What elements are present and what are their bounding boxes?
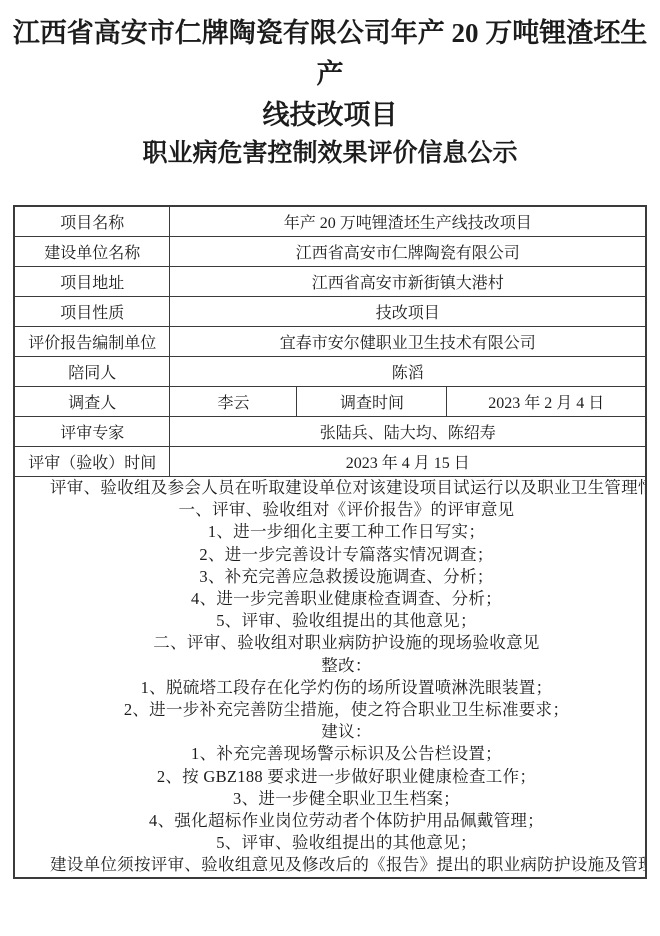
row-value: 江西省高安市新街镇大港村 [170, 267, 646, 297]
opinion-text-block: 评审、验收组及参会人员在听取建设单位对该建设项目试运行以及职业卫生管理情况的介绍… [14, 477, 646, 878]
opinion-item: 2、按 GBZ188 要求进一步做好职业健康检查工作； [17, 766, 643, 788]
table-row-construction-unit: 建设单位名称 江西省高安市仁牌陶瓷有限公司 [14, 237, 646, 267]
project-info-table: 项目名称 年产 20 万吨锂渣坯生产线技改项目 建设单位名称 江西省高安市仁牌陶… [13, 205, 647, 879]
opinion-item: 2、进一步补充完善防尘措施，使之符合职业卫生标准要求； [17, 699, 643, 721]
row-label: 项目性质 [14, 297, 170, 327]
doc-title-line-1: 江西省高安市仁牌陶瓷有限公司年产 20 万吨锂渣坯生产 [0, 13, 660, 95]
opinion-item: 3、进一步健全职业卫生档案； [17, 788, 643, 810]
opinion-item: 4、进一步完善职业健康检查调查、分析； [17, 588, 643, 610]
table-row-project-address: 项目地址 江西省高安市新街镇大港村 [14, 267, 646, 297]
opinion-item: 1、脱硫塔工段存在化学灼伤的场所设置喷淋洗眼装置； [17, 677, 643, 699]
opinion-item: 5、评审、验收组提出的其他意见； [17, 610, 643, 632]
row-value: 技改项目 [170, 297, 646, 327]
opinion-item: 2、进一步完善设计专篇落实情况调查； [17, 544, 643, 566]
public-notice-document: 江西省高安市仁牌陶瓷有限公司年产 20 万吨锂渣坯生产 线技改项目 职业病危害控… [0, 0, 660, 936]
opinion-item: 整改： [17, 655, 643, 677]
row-value: 2023 年 4 月 15 日 [170, 447, 646, 477]
row-value: 宜春市安尔健职业卫生技术有限公司 [170, 327, 646, 357]
table-row-report-compiler: 评价报告编制单位 宜春市安尔健职业卫生技术有限公司 [14, 327, 646, 357]
table-row-opinion: 评审、验收组及参会人员在听取建设单位对该建设项目试运行以及职业卫生管理情况的介绍… [14, 477, 646, 878]
row-label: 评审（验收）时间 [14, 447, 170, 477]
opinion-item: 1、补充完善现场警示标识及公告栏设置； [17, 743, 643, 765]
row-label: 项目名称 [14, 206, 170, 237]
opinion-item: 一、评审、验收组对《评价报告》的评审意见 [17, 499, 643, 521]
row-value: 张陆兵、陆大均、陈绍寿 [170, 417, 646, 447]
row-label: 评价报告编制单位 [14, 327, 170, 357]
row-value: 江西省高安市仁牌陶瓷有限公司 [170, 237, 646, 267]
opinion-intro: 评审、验收组及参会人员在听取建设单位对该建设项目试运行以及职业卫生管理情况的介绍… [17, 477, 643, 499]
row-value: 年产 20 万吨锂渣坯生产线技改项目 [170, 206, 646, 237]
opinion-item: 1、进一步细化主要工种工作日写实； [17, 521, 643, 543]
doc-subtitle: 职业病危害控制效果评价信息公示 [0, 136, 660, 171]
table-row-project-name: 项目名称 年产 20 万吨锂渣坯生产线技改项目 [14, 206, 646, 237]
survey-time-value: 2023 年 2 月 4 日 [447, 387, 646, 417]
opinion-item: 二、评审、验收组对职业病防护设施的现场验收意见 [17, 632, 643, 654]
opinion-item: 3、补充完善应急救援设施调查、分析； [17, 566, 643, 588]
opinion-item: 建议： [17, 721, 643, 743]
table-row-project-nature: 项目性质 技改项目 [14, 297, 646, 327]
row-label: 建设单位名称 [14, 237, 170, 267]
table-row-review-experts: 评审专家 张陆兵、陆大均、陈绍寿 [14, 417, 646, 447]
investigator-name: 李云 [170, 387, 297, 417]
row-label: 调查人 [14, 387, 170, 417]
table-row-review-time: 评审（验收）时间 2023 年 4 月 15 日 [14, 447, 646, 477]
opinion-item: 5、评审、验收组提出的其他意见； [17, 832, 643, 854]
opinion-item: 4、强化超标作业岗位劳动者个体防护用品佩戴管理； [17, 810, 643, 832]
doc-title-line-2: 线技改项目 [0, 95, 660, 136]
row-label: 陪同人 [14, 357, 170, 387]
table-row-investigator: 调查人 李云 调查时间 2023 年 2 月 4 日 [14, 387, 646, 417]
doc-title: 江西省高安市仁牌陶瓷有限公司年产 20 万吨锂渣坯生产 线技改项目 [0, 0, 660, 136]
table-row-accompanying-person: 陪同人 陈滔 [14, 357, 646, 387]
row-label: 项目地址 [14, 267, 170, 297]
opinion-closing: 建设单位须按评审、验收组意见及修改后的《报告》提出的职业病防护设施及管理措施的建… [17, 854, 643, 876]
row-label: 评审专家 [14, 417, 170, 447]
survey-time-label: 调查时间 [297, 387, 447, 417]
row-value: 陈滔 [170, 357, 646, 387]
